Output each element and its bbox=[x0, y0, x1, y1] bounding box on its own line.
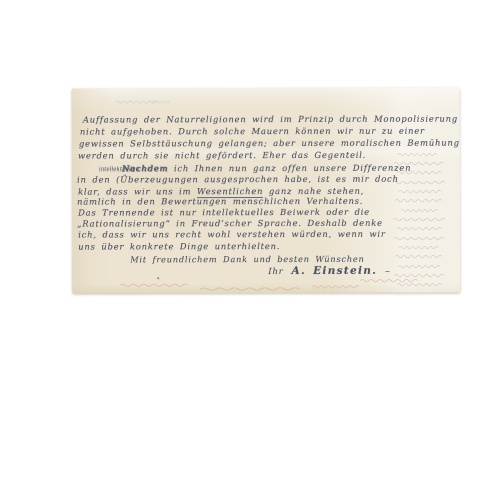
letter-line-4: werden durch sie nicht gefördert. Eher d… bbox=[78, 150, 366, 161]
letter-line-6: in den (Überzeugungen ausgesprochen habe… bbox=[77, 174, 399, 185]
letter-body: Auffassung der Naturreligionen wird im P… bbox=[72, 87, 461, 293]
signature-flourish: – bbox=[385, 267, 390, 277]
letter-line-11: ich, dass wir uns recht wohl verstehen w… bbox=[78, 229, 386, 240]
letter-line-2: nicht aufgehoben. Durch solche Mauern kö… bbox=[80, 126, 425, 137]
letter-line-10: „Rationalisierung“ in Freud’scher Sprach… bbox=[77, 218, 383, 229]
closing-line: Mit freundlichem Dank und besten Wünsche… bbox=[130, 254, 364, 265]
signature-salutation: Ihr bbox=[268, 267, 283, 277]
signature-block: Ihr A. Einstein. – bbox=[268, 266, 390, 277]
letter-line-1: Auffassung der Naturreligionen wird im P… bbox=[83, 113, 458, 124]
letter-line-8: nämlich in den Bewertungen menschlichen … bbox=[77, 196, 363, 207]
letter-line-9: Das Trennende ist nur intellektuelles Be… bbox=[78, 207, 370, 218]
inserted-word-intellektuellen: intellektuellen bbox=[99, 166, 139, 172]
signature-name: A. Einstein. bbox=[291, 266, 377, 276]
letter-line-12: uns über konkrete Dinge unterhielten. bbox=[78, 241, 280, 252]
letter-line-5: Nachdem ich Ihnen nun ganz offen unsere … bbox=[122, 163, 411, 174]
ink-speck bbox=[157, 277, 159, 279]
letter-line-7-pre: klar, dass wir uns im bbox=[78, 186, 197, 196]
letter-line-7-post: ganz nahe stehen, bbox=[263, 186, 364, 196]
letter-page: Auffassung der Naturreligionen wird im P… bbox=[72, 87, 461, 293]
letter-line-3: gewissen Selbsttäuschung gelangen; aber … bbox=[79, 137, 460, 148]
letter-line-5-rest: ich Ihnen nun ganz offen unsere Differen… bbox=[168, 163, 411, 174]
scan-background: Auffassung der Naturreligionen wird im P… bbox=[0, 0, 500, 500]
